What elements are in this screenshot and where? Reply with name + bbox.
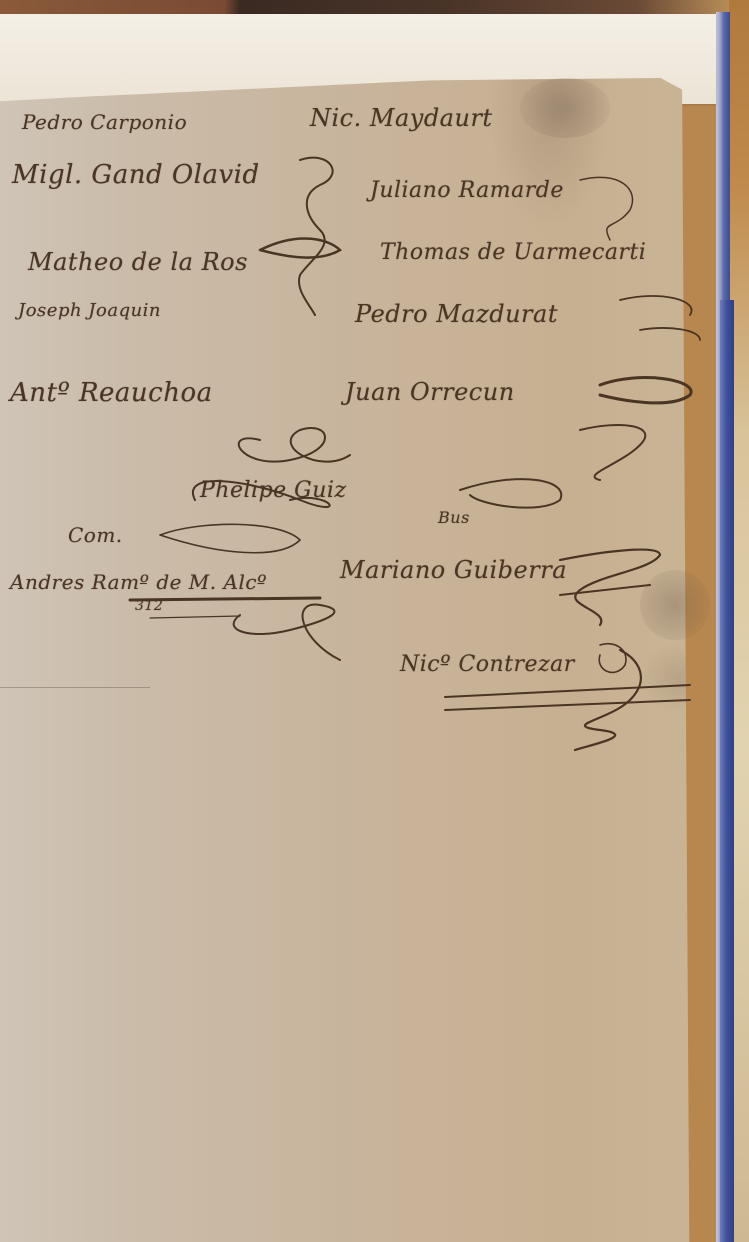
ink-stain (640, 570, 710, 640)
annotation-com: Com. (68, 523, 123, 547)
signature-nico-contrezar: Nicº Contrezar (400, 652, 575, 677)
ink-stain (520, 78, 610, 138)
signature-thomas-de-uarmecarti: Thomas de Uarmecarti (380, 240, 646, 265)
signature-nic-maydaurt: Nic. Maydaurt (310, 104, 493, 132)
signature-juliano-ramarde: Juliano Ramarde (370, 178, 564, 203)
signature-matheo-de-la-ros: Matheo de la Ros (28, 248, 248, 276)
annotation-number: 312 (135, 598, 163, 614)
signature-phelipe-guiz: Phelipe Guiz (200, 478, 347, 503)
binder-blue-edge (720, 300, 734, 1242)
signature-andres-ramo: Andres Ramº de M. Alcº (10, 570, 267, 594)
signature-miguel-gand-olavid: Migl. Gand Olavid (12, 160, 260, 190)
signature-joseph-joaquin: Joseph Joaquin (18, 300, 161, 321)
signature-mariano-guiberra: Mariano Guiberra (340, 556, 567, 584)
signature-pedro-mazdurat: Pedro Mazdurat (355, 300, 558, 328)
fold-line (0, 687, 150, 688)
signature-pedro-carponio: Pedro Carponio (22, 110, 187, 134)
signature-juan-orrecun: Juan Orrecun (345, 378, 515, 406)
signature-antonio-reauchoa: Antº Reauchoa (10, 378, 213, 408)
annotation-bus: Bus (438, 508, 470, 527)
